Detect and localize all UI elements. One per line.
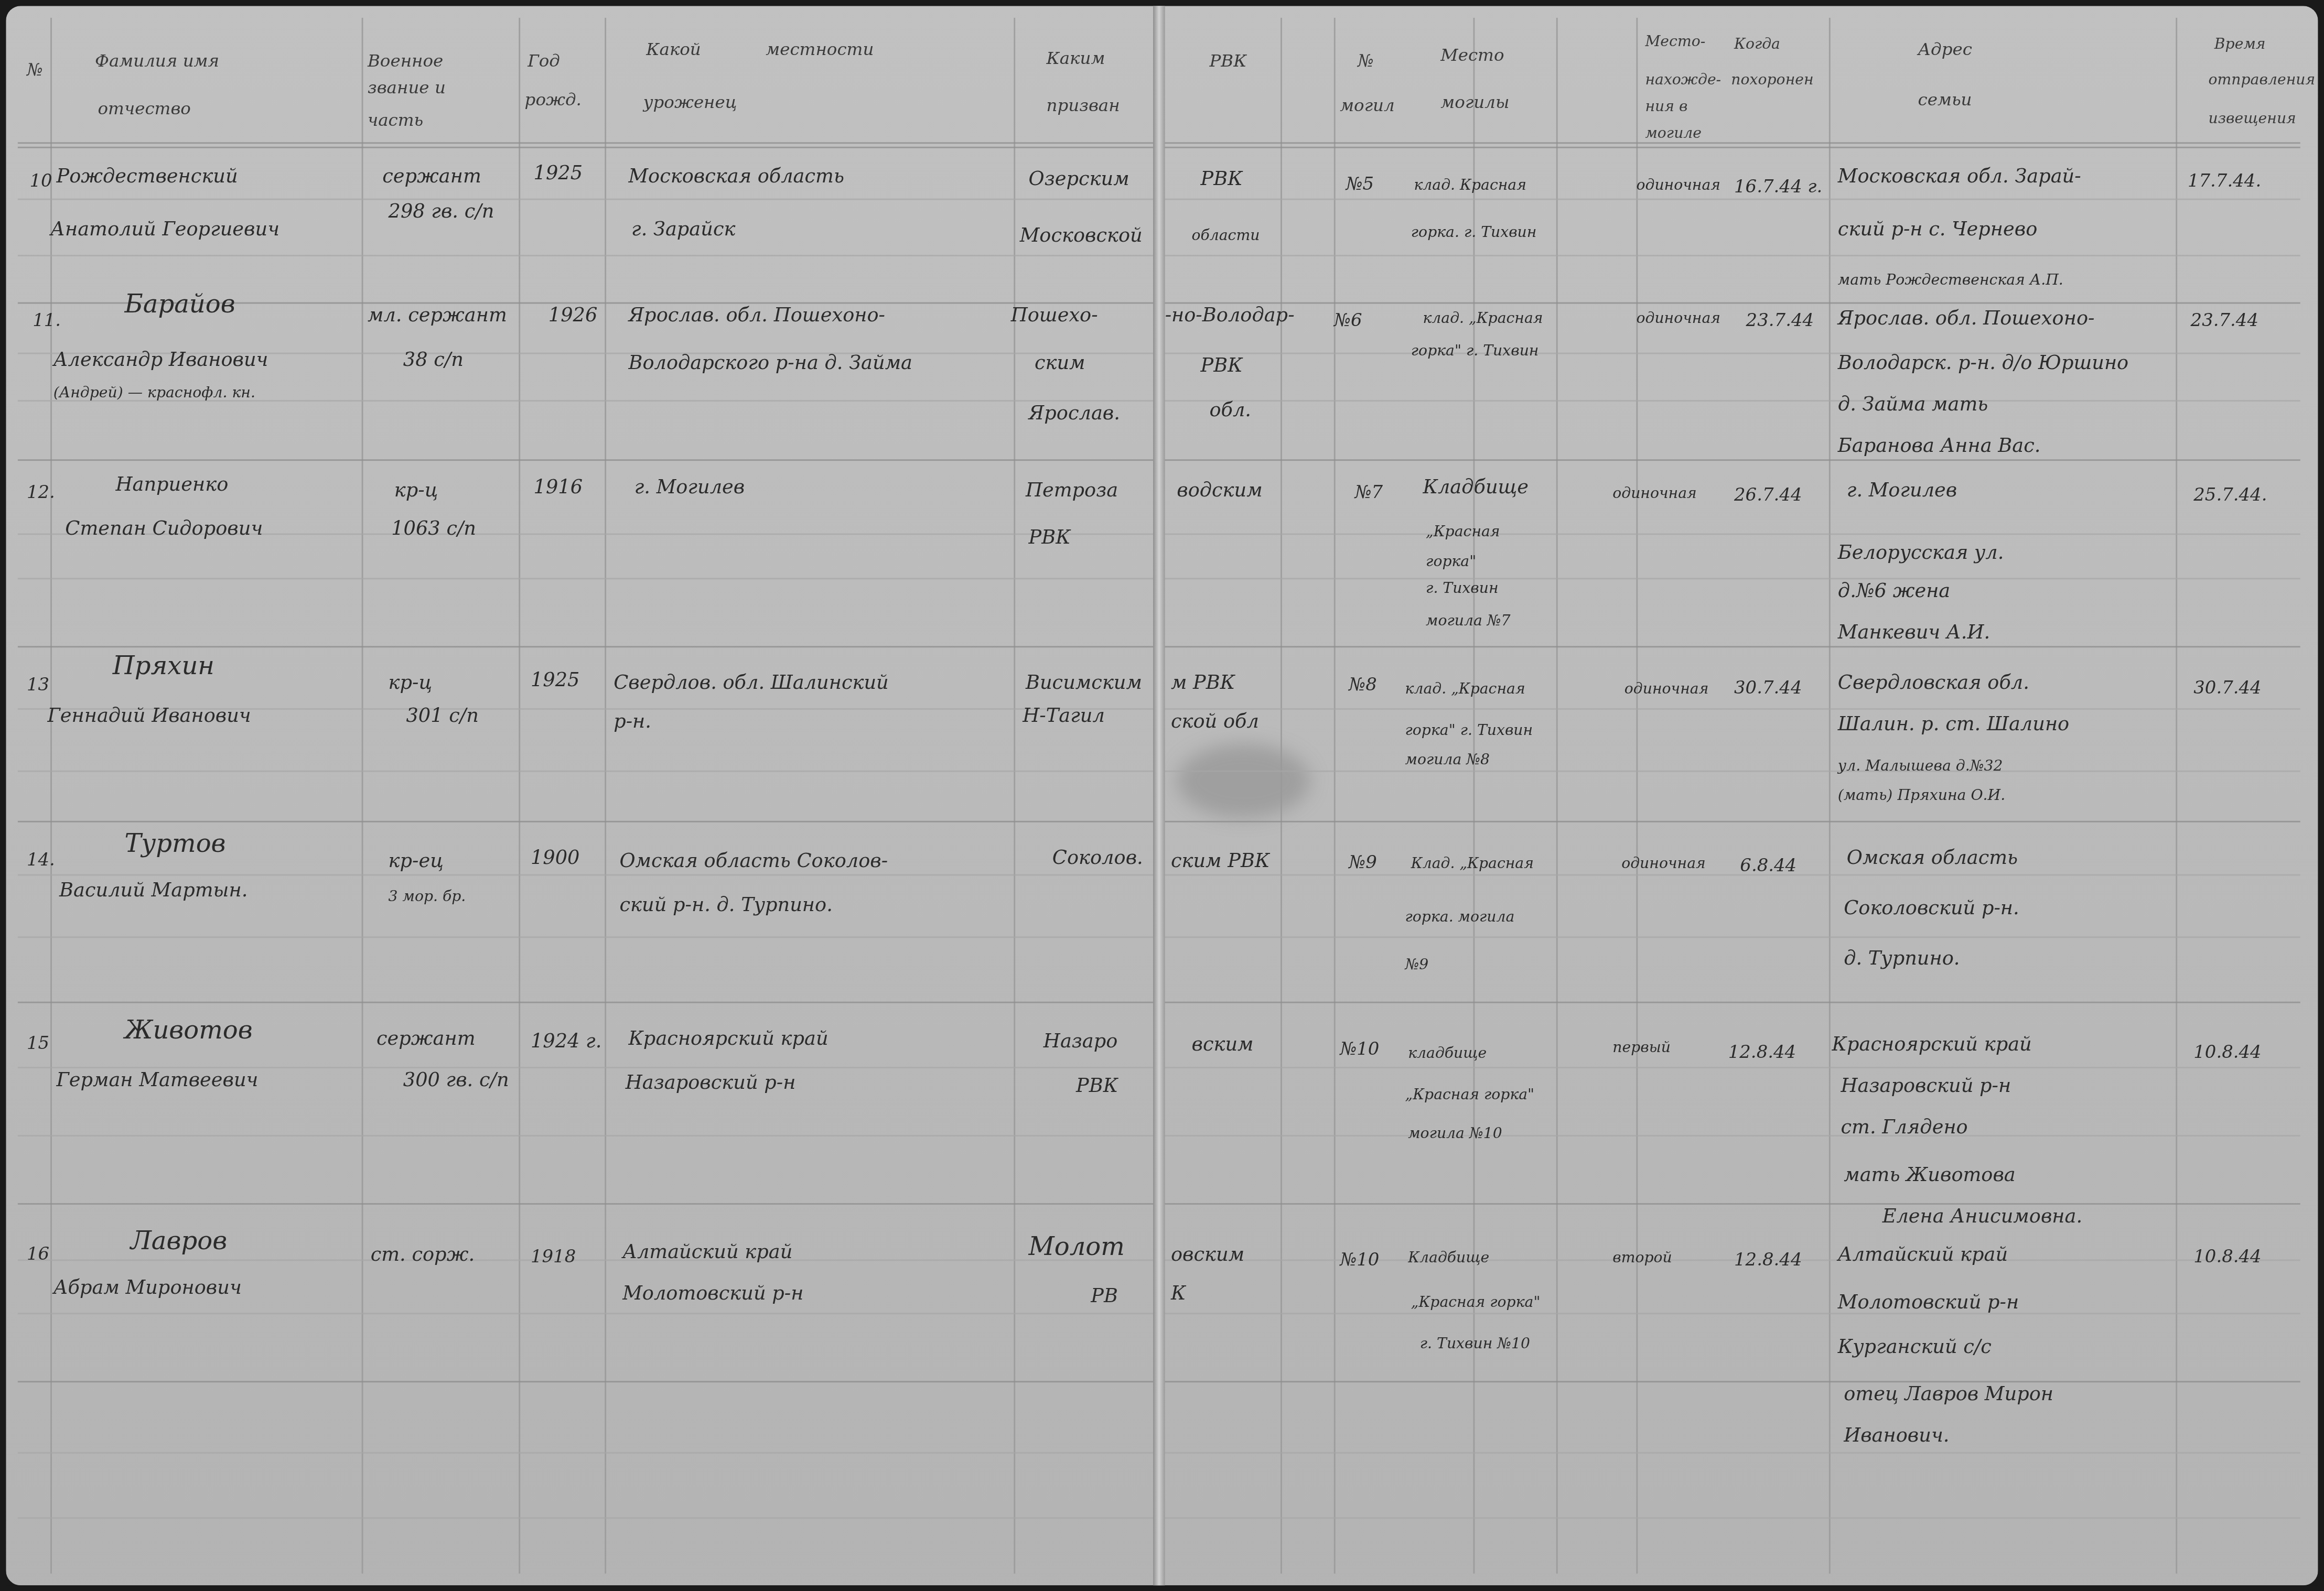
address-line-2: Назаровский р-н <box>1841 1073 2011 1102</box>
birth-year: 1925 <box>534 160 583 190</box>
birth-year: 1916 <box>534 474 583 504</box>
row-number: 10 <box>30 166 52 196</box>
address-line-2: ский р-н с. Чернево <box>1838 217 2037 246</box>
given-names: Анатолий Георгиевич <box>50 217 279 246</box>
address-line-1: Московская обл. Зарай- <box>1838 163 2081 193</box>
given-names: Степан Сидорович <box>65 516 263 546</box>
unit: 298 гв. с/п <box>389 199 494 229</box>
address-line-1: Красноярский край <box>1832 1031 2032 1061</box>
notice-date: 10.8.44 <box>2193 1242 2261 1272</box>
address-line-3: мать Рождественская А.П. <box>1838 267 2063 297</box>
called-line-1: Пошехо- <box>1011 302 1098 332</box>
header-buried-2: похоронен <box>1731 71 1813 92</box>
column-rule <box>1334 18 1336 1574</box>
rank: кр-ц <box>389 670 433 700</box>
header-address-2: семьи <box>1918 89 1972 110</box>
header-grave-no-1: № <box>1358 50 1374 71</box>
grave-position: второй <box>1612 1244 1672 1274</box>
rvk-line-1: овским <box>1171 1242 1244 1272</box>
given-names: Александр Иванович <box>53 347 268 376</box>
water-stain <box>1177 744 1310 818</box>
called-line-2: РВК <box>1029 525 1071 555</box>
row-number: 11. <box>33 305 61 335</box>
grave-position: одиночная <box>1624 676 1709 706</box>
unit: 3 мор. бр. <box>389 883 466 913</box>
surname: Наприенко <box>115 471 228 501</box>
grave-place-line-2: „Красная <box>1426 518 1500 548</box>
header-rank-2: звание и <box>368 77 446 98</box>
grave-place-line-2: горка. могила <box>1405 904 1515 934</box>
address-line-2: Шалин. р. ст. Шалино <box>1838 711 2069 741</box>
address-line-1: Свердловская обл. <box>1838 670 2029 700</box>
rvk-line-1: -но-Володар- <box>1165 302 1295 332</box>
address-line-4: мать Животова <box>1844 1162 2016 1192</box>
column-rule <box>362 18 363 1574</box>
grave-place-line-4: г. Тихвин <box>1426 575 1499 605</box>
rvk-line-2: К <box>1171 1280 1186 1310</box>
header-position-3: ния в <box>1645 98 1687 119</box>
called-line-1: Назаро <box>1043 1029 1118 1058</box>
grave-place-line-2: „Красная горка" <box>1411 1289 1541 1319</box>
notice-date: 10.8.44 <box>2193 1037 2261 1067</box>
address-line-3: ст. Глядено <box>1841 1114 1968 1144</box>
column-rule <box>1829 18 1831 1574</box>
called-line-3: Ярослав. <box>1029 400 1120 430</box>
notice-date: 17.7.44. <box>2188 166 2261 196</box>
grave-place-line-5: могила №7 <box>1426 608 1511 637</box>
burial-date: 26.7.44 <box>1734 480 1802 510</box>
origin-line-1: Омская область Соколов- <box>619 848 888 878</box>
name-note: (Андрей) — краснофл. кн. <box>53 380 255 409</box>
rvk-line-2: РВК <box>1200 353 1242 383</box>
header-position-1: Место- <box>1645 33 1705 53</box>
origin-line-1: г. Могилев <box>634 474 745 504</box>
origin-line-1: Красноярский край <box>628 1025 828 1055</box>
origin-line-2: р-н. <box>614 708 651 738</box>
grave-number: №7 <box>1354 477 1383 507</box>
called-line-1: Петроза <box>1026 477 1118 507</box>
grave-place-line-2: „Красная горка" <box>1405 1081 1535 1111</box>
header-origin-1: Какой местности <box>646 38 874 59</box>
address-line-1: Омская область <box>1847 845 2018 874</box>
grave-number: №6 <box>1334 305 1362 335</box>
surname: Лавров <box>131 1227 227 1257</box>
grave-position: одиночная <box>1612 480 1697 510</box>
grave-number: №10 <box>1340 1034 1379 1064</box>
address-line-4: Манкевич А.И. <box>1838 619 1990 649</box>
rvk-line-2: ской обл <box>1171 708 1259 738</box>
surname: Туртов <box>124 830 225 860</box>
address-line-4: отец Лавров Мирон <box>1844 1381 2053 1411</box>
grave-place-line-3: №9 <box>1405 951 1429 981</box>
grave-position: одиночная <box>1621 850 1706 880</box>
grave-place-line-3: могила №8 <box>1405 747 1490 777</box>
column-rule <box>1636 18 1638 1574</box>
origin-line-2: Молотовский р-н <box>622 1280 803 1310</box>
rvk-line-1: РВК <box>1200 166 1242 196</box>
surname: Барайов <box>124 290 235 320</box>
address-line-2: Молотовский р-н <box>1838 1289 2019 1319</box>
given-names: Василий Мартын. <box>59 877 248 907</box>
grave-place-line-1: клад. „Красная <box>1423 305 1543 335</box>
given-names: Герман Матвеевич <box>56 1067 258 1097</box>
address-line-3: д. Займа мать <box>1838 391 1988 421</box>
address-line-5: Елена Анисимовна. <box>1882 1203 2082 1233</box>
birth-year: 1925 <box>531 667 580 697</box>
header-called-2: призван <box>1047 95 1120 116</box>
header-grave-place-1: Место <box>1440 45 1504 66</box>
origin-line-1: Ярослав. обл. Пошехоно- <box>628 302 885 332</box>
origin-line-1: Алтайский край <box>622 1239 792 1269</box>
grave-place-line-3: горка" <box>1426 548 1476 578</box>
rank: кр-ец <box>389 848 444 878</box>
unit: 1063 с/п <box>391 516 476 546</box>
grave-number: №9 <box>1349 848 1377 878</box>
address-line-3: д.№6 жена <box>1838 578 1950 608</box>
column-rule <box>605 18 606 1574</box>
address-line-3: ул. Малышева д.№32 <box>1838 753 2003 783</box>
column-rule <box>2176 18 2177 1574</box>
header-notice-1: Время <box>2214 36 2266 57</box>
birth-year: 1900 <box>531 845 580 874</box>
row-number: 12. <box>27 477 55 507</box>
grave-number: №5 <box>1346 169 1374 199</box>
grave-number: №8 <box>1349 670 1377 700</box>
column-rule <box>1556 18 1558 1574</box>
header-origin-2: уроженец <box>643 92 737 113</box>
address-line-1: Ярослав. обл. Пошехоно- <box>1838 305 2095 335</box>
called-line-1: Соколов. <box>1052 845 1143 874</box>
address-line-4: Баранова Анна Вас. <box>1838 432 2041 462</box>
address-line-1: Алтайский край <box>1838 1242 2008 1272</box>
rvk-line-1: м РВК <box>1171 670 1235 700</box>
rank: сержант <box>376 1025 476 1055</box>
header-year-2: рожд. <box>525 89 582 110</box>
column-rule <box>1014 18 1015 1574</box>
surname: Рождественский <box>56 163 238 193</box>
rvk-line-1: вским <box>1192 1031 1254 1061</box>
given-names: Абрам Миронович <box>53 1274 242 1304</box>
called-line-1: Висимским <box>1026 670 1142 700</box>
address-line-2: Соколовский р-н. <box>1844 895 2019 925</box>
grave-place-line-1: клад. „Красная <box>1405 676 1525 706</box>
burial-date: 30.7.44 <box>1734 673 1802 702</box>
ledger-scan: № Фамилия имя отчество Военное звание и … <box>0 0 2324 1591</box>
header-notice-3: извещения <box>2208 110 2296 131</box>
header-position-2: нахожде- <box>1645 71 1721 92</box>
header-rank-3: часть <box>368 110 423 131</box>
row-number: 16 <box>27 1239 49 1269</box>
grave-place-line-1: Клад. „Красная <box>1411 850 1534 880</box>
unit: 301 с/п <box>406 702 478 732</box>
grave-place-line-1: кладбище <box>1408 1040 1487 1070</box>
header-num: № <box>27 59 43 80</box>
surname: Пряхин <box>113 652 214 682</box>
grave-place-line-1: Кладбище <box>1408 1244 1489 1274</box>
called-line-1: Молот <box>1029 1233 1125 1263</box>
header-called-1: Каким <box>1047 47 1105 68</box>
right-page <box>1156 6 2318 1585</box>
grave-position: первый <box>1612 1034 1671 1064</box>
birth-year: 1924 г. <box>531 1029 601 1058</box>
given-names: Геннадий Иванович <box>47 702 251 732</box>
header-year-1: Год <box>528 50 560 71</box>
header-position-4: могиле <box>1645 124 1702 145</box>
grave-place-line-1: клад. Красная <box>1414 172 1526 202</box>
row-number: 15 <box>27 1029 49 1058</box>
surname: Животов <box>124 1016 252 1046</box>
burial-date: 12.8.44 <box>1728 1037 1796 1067</box>
notice-date: 25.7.44. <box>2193 480 2267 510</box>
notice-date: 30.7.44 <box>2193 673 2261 702</box>
column-rule <box>519 18 520 1574</box>
grave-place-line-3: могила №10 <box>1408 1120 1502 1150</box>
grave-place-line-2: горка. г. Тихвин <box>1411 219 1537 249</box>
row-number: 14. <box>27 845 55 874</box>
grave-place-line-2: горка" г. Тихвин <box>1405 717 1533 747</box>
origin-line-2: ский р-н. д. Турпино. <box>619 892 832 922</box>
origin-line-1: Свердлов. обл. Шалинский <box>614 670 889 700</box>
header-name-1: Фамилия имя <box>95 50 219 71</box>
rvk-line-1: ским РВК <box>1171 848 1270 878</box>
grave-position: одиночная <box>1636 305 1720 335</box>
header-notice-2: отправления <box>2208 71 2315 92</box>
called-line-2: РВ <box>1091 1283 1118 1313</box>
row-number: 13 <box>27 670 49 700</box>
header-rank-1: Военное <box>368 50 443 71</box>
birth-year: 1918 <box>531 1242 576 1272</box>
grave-place-line-1: Кладбище <box>1423 474 1529 504</box>
burial-date: 23.7.44 <box>1746 305 1814 335</box>
called-line-2: Московской <box>1020 222 1143 252</box>
origin-line-2: Назаровский р-н <box>626 1070 796 1100</box>
called-line-2: Н-Тагил <box>1023 702 1105 732</box>
column-rule <box>50 18 52 1574</box>
header-grave-no-2: могил <box>1340 95 1395 116</box>
origin-line-1: Московская область <box>628 163 844 193</box>
grave-place-line-3: г. Тихвин №10 <box>1420 1330 1530 1360</box>
header-name-2: отчество <box>98 98 191 119</box>
called-line-2: ским <box>1035 350 1085 380</box>
notice-date: 23.7.44 <box>2191 305 2258 335</box>
address-line-3: Курганский с/с <box>1838 1334 1992 1363</box>
burial-date: 12.8.44 <box>1734 1244 1802 1274</box>
address-line-1: г. Могилев <box>1847 477 1957 507</box>
rvk-line-1: водским <box>1177 477 1262 507</box>
burial-date: 16.7.44 г. <box>1734 172 1822 202</box>
birth-year: 1926 <box>548 302 598 332</box>
rvk-line-3: обл. <box>1209 397 1251 427</box>
address-line-5: Иванович. <box>1844 1422 1949 1452</box>
open-book: № Фамилия имя отчество Военное звание и … <box>6 6 2318 1585</box>
origin-line-2: г. Зарайск <box>631 217 735 246</box>
grave-place-line-2: горка" г. Тихвин <box>1411 338 1539 367</box>
header-address-1: Адрес <box>1918 38 1972 59</box>
column-rule <box>1281 18 1282 1574</box>
address-line-3: д. Турпино. <box>1844 945 1960 975</box>
address-line-2: Володарск. р-н. д/о Юршино <box>1838 350 2128 380</box>
header-buried-1: Когда <box>1734 36 1780 57</box>
rank: кр-ц <box>394 477 438 507</box>
burial-date: 6.8.44 <box>1740 850 1796 880</box>
called-line-2: РВК <box>1076 1073 1118 1102</box>
header-rvk: РВК <box>1209 50 1246 71</box>
rank: сержант <box>382 163 481 193</box>
grave-position: одиночная <box>1636 172 1720 202</box>
book-gutter <box>1153 6 1165 1585</box>
called-line-1: Озерским <box>1029 166 1129 196</box>
unit: 300 гв. с/п <box>403 1067 509 1097</box>
rank: мл. сержант <box>368 302 507 332</box>
address-line-4: (мать) Пряхина О.И. <box>1838 782 2005 812</box>
unit: 38 с/п <box>403 347 464 376</box>
address-line-2: Белорусская ул. <box>1838 539 2004 569</box>
rank: ст. сорж. <box>371 1242 475 1272</box>
grave-number: №10 <box>1340 1244 1379 1274</box>
origin-line-2: Володарского р-на д. Займа <box>628 350 912 380</box>
rvk-line-2: области <box>1192 222 1260 252</box>
header-grave-place-2: могилы <box>1440 92 1509 113</box>
